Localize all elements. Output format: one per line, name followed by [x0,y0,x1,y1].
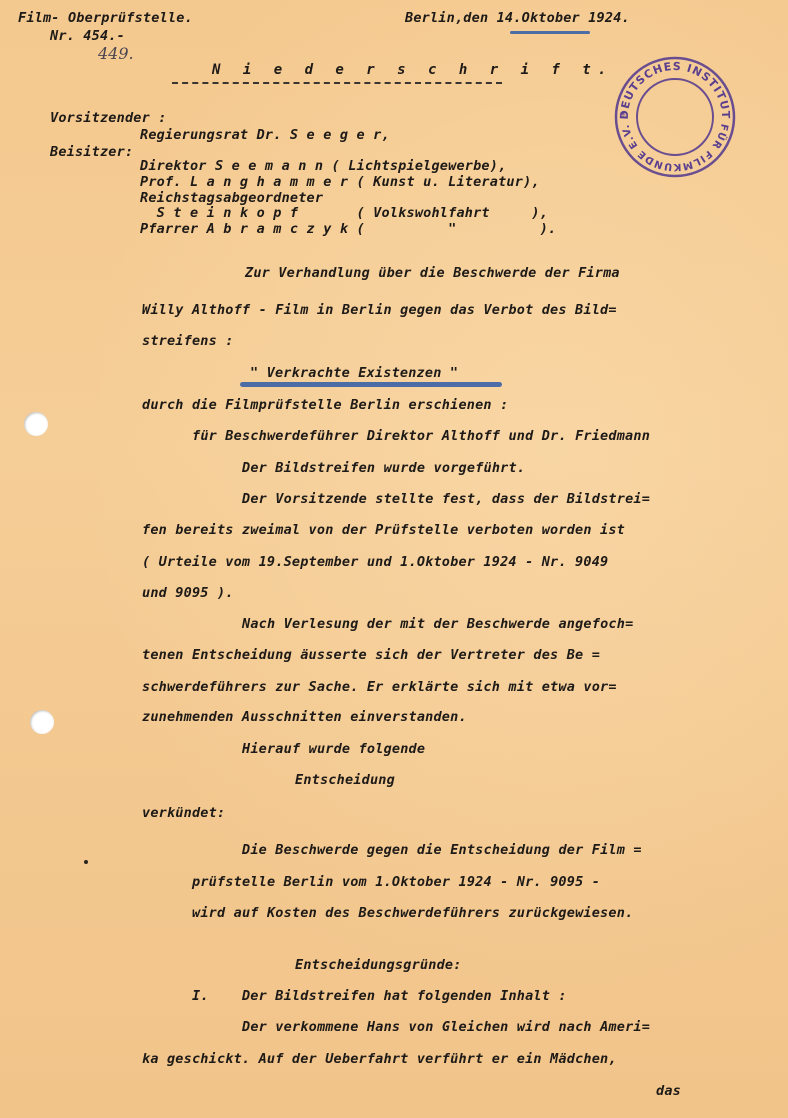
svg-text:*: * [620,109,626,123]
body-line: Der Vorsitzende stellte fest, dass der B… [242,491,650,507]
assessor-item: Reichstagsabgeordneter [140,190,323,206]
decision-line: prüfstelle Berlin vom 1.Oktober 1924 - N… [192,874,600,890]
assessor-item: Pfarrer A b r a m c z y k ( " ). [140,221,556,237]
assessor-item: Prof. L a n g h a m m e r ( Kunst u. Lit… [140,174,540,190]
body-line: und 9095 ). [142,585,234,601]
place-date: Berlin,den 14.Oktober 1924. [405,10,630,26]
body-line: verkündet: [142,805,225,821]
decision-line: wird auf Kosten des Beschwerdeführers zu… [192,905,633,921]
svg-text:FÜR FILMKUNDE E.V.: FÜR FILMKUNDE E.V. [621,123,731,172]
body-line: streifens : [142,333,234,349]
handwritten-number: 449. [98,44,134,63]
institute-stamp: DEUTSCHES INSTITUT FÜR FILMKUNDE E.V. * [612,54,738,180]
document-page: Film- Oberprüfstelle. Nr. 454.- 449. Ber… [0,0,788,1118]
body-line: Zur Verhandlung über die Beschwerde der … [245,265,620,281]
film-title: " Verkrachte Existenzen " [250,365,458,381]
document-number: Nr. 454.- [50,28,125,44]
catchword: das [656,1083,681,1099]
chair-label: Vorsitzender : [50,110,167,126]
reasons-heading: Entscheidungsgründe: [295,957,462,973]
body-line: schwerdeführers zur Sache. Er erklärte s… [142,679,617,695]
punch-hole [30,710,54,734]
stamp-seal-icon: DEUTSCHES INSTITUT FÜR FILMKUNDE E.V. * [612,54,738,180]
body-line: durch die Filmprüfstelle Berlin erschien… [142,397,508,413]
film-title-underline [240,382,502,387]
body-line: Hierauf wurde folgende [242,741,425,757]
decision-heading: Entscheidung [295,772,395,788]
document-title: N i e d e r s c h r i f t. [212,62,613,78]
ink-speck [84,860,88,864]
reasons-line: Der verkommene Hans von Gleichen wird na… [242,1019,650,1035]
body-line: Nach Verlesung der mit der Beschwerde an… [242,616,633,632]
decision-line: Die Beschwerde gegen die Entscheidung de… [242,842,642,858]
date-underline [510,31,590,34]
office-name: Film- Oberprüfstelle. [18,10,193,26]
body-line: fen bereits zweimal von der Prüfstelle v… [142,522,625,538]
body-line: ( Urteile vom 19.September und 1.Oktober… [142,554,608,570]
assessor-item: S t e i n k o p f ( Volkswohlfahrt ), [140,205,548,221]
punch-hole [24,412,48,436]
svg-text:DEUTSCHES INSTITUT: DEUTSCHES INSTITUT [618,60,732,120]
reasons-item: I. Der Bildstreifen hat folgenden Inhalt… [192,988,567,1004]
body-line: zunehmenden Ausschnitten einverstanden. [142,709,467,725]
chair-name: Regierungsrat Dr. S e e g e r, [140,127,390,143]
body-line: tenen Entscheidung äusserte sich der Ver… [142,647,600,663]
assessors-label: Beisitzer: [50,144,133,160]
reasons-line: ka geschickt. Auf der Ueberfahrt verführ… [142,1051,617,1067]
body-line: für Beschwerdeführer Direktor Althoff un… [192,428,650,444]
body-line: Der Bildstreifen wurde vorgeführt. [242,460,525,476]
title-underline [172,82,502,84]
assessor-item: Direktor S e e m a n n ( Lichtspielgewer… [140,158,506,174]
body-line: Willy Althoff - Film in Berlin gegen das… [142,302,617,318]
